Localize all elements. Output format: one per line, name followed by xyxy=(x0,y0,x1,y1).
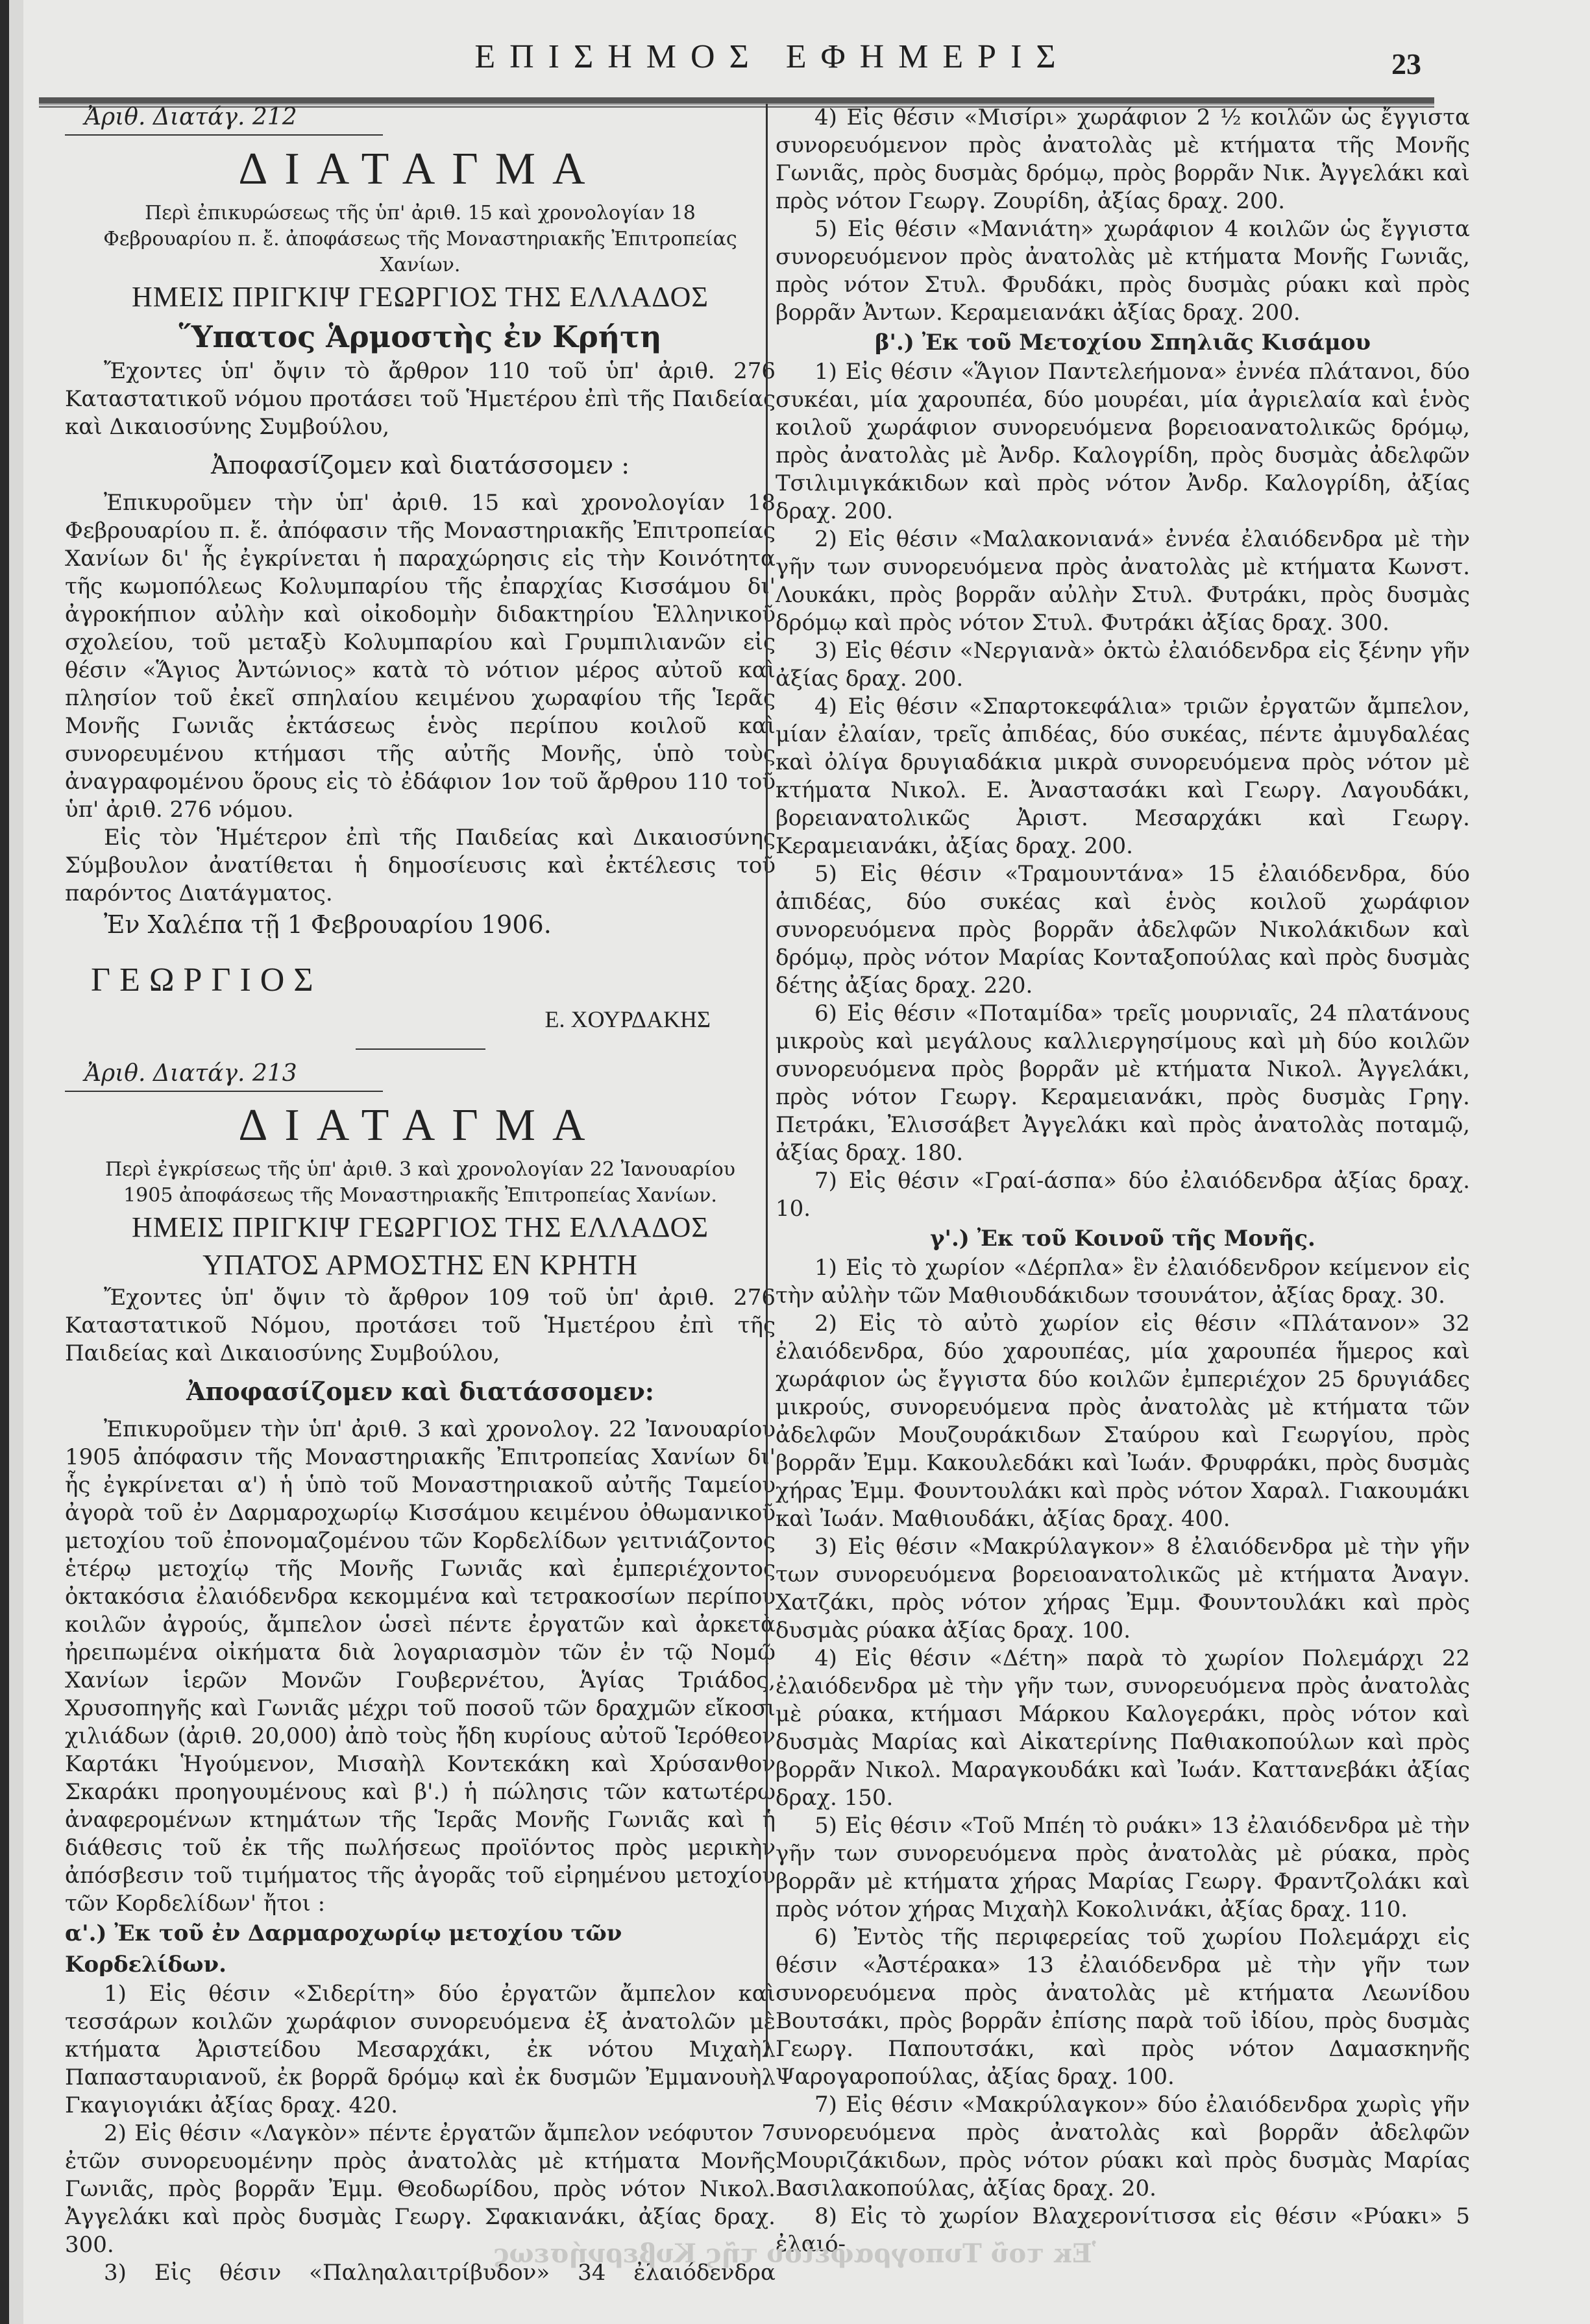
preamble: Ἔχοντες ὑπ' ὄψιν τὸ ἄρθρον 109 τοῦ ὑπ' ἀ… xyxy=(65,1284,776,1368)
decree-title: ΔΙΑΤΑΓΜΑ xyxy=(65,143,776,195)
decree-subject: Περὶ ἐπικυρώσεως τῆς ὑπ' ἀριθ. 15 καὶ χρ… xyxy=(65,200,776,278)
page-number: 23 xyxy=(1391,47,1421,81)
list-item: 6) Εἰς θέσιν «Ποταμίδα» τρεῖς μουρνιαῖς,… xyxy=(776,1000,1470,1167)
list-item: 4) Εἰς θέσιν «Σπαρτοκεφάλια» τριῶν ἐργατ… xyxy=(776,693,1470,860)
list-item: 2) Εἰς τὸ αὐτὸ χωρίον εἰς θέσιν «Πλάτανο… xyxy=(776,1310,1470,1533)
gazette-page: ΕΠΙΣΗΜΟΣ ΕΦΗΜΕΡΙΣ 23 Ἀριθ. Διατάγ. 212 Δ… xyxy=(39,0,1506,2324)
list-item: 5) Εἰς θέσιν «Μανιάτη» χωράφιον 4 κοιλῶν… xyxy=(776,215,1470,327)
signature: ΓΕΩΡΓΙΟΣ xyxy=(65,961,776,999)
decree-subject: Περὶ ἐγκρίσεως τῆς ὑπ' ἀριθ. 3 καὶ χρονο… xyxy=(65,1157,776,1209)
section-divider xyxy=(356,1048,485,1050)
decree-body: Ἐπικυροῦμεν τὴν ὑπ' ἀριθ. 3 καὶ χρονολογ… xyxy=(65,1416,776,1918)
list-item: 6) Ἐντὸς τῆς περιφερείας τοῦ χωρίου Πολε… xyxy=(776,1924,1470,2091)
list-item: 3) Εἰς θέσιν «Νεργιανὰ» ὀκτὼ ἐλαιόδενδρα… xyxy=(776,637,1470,693)
section-heading-b: β'.) Ἐκ τοῦ Μετοχίου Σπηλιᾶς Κισάμου xyxy=(776,327,1470,358)
list-item: 7) Εἰς θέσιν «Μακρύλαγκον» δύο ἐλαιόδενδ… xyxy=(776,2091,1470,2203)
section-heading-a: α'.) Ἐκ τοῦ ἐν Δαρμαροχωρίῳ μετοχίου τῶν… xyxy=(65,1918,776,1980)
decree-number-213: Ἀριθ. Διατάγ. 213 xyxy=(65,1054,383,1092)
list-item: 1) Εἰς θέσιν «Σιδερίτη» δύο ἐργατῶν ἄμπε… xyxy=(65,1980,776,2120)
list-item: 4) Εἰς θέσιν «Δέτη» παρὰ τὸ χωρίον Πολεμ… xyxy=(776,1645,1470,1812)
royal-title: Ὕπατος Ἁρμοστὴς ἐν Κρήτη xyxy=(65,316,776,357)
column-divider xyxy=(766,104,768,2057)
decree-body: Ἐπικυροῦμεν τὴν ὑπ' ἀριθ. 15 καὶ χρονολο… xyxy=(65,489,776,824)
list-item: 5) Εἰς θέσιν «Τοῦ Μπέη τὸ ρυάκι» 13 ἐλαι… xyxy=(776,1812,1470,1924)
resolve-clause: Ἀποφασίζομεν καὶ διατάσσομεν : xyxy=(65,446,776,484)
list-item: 4) Εἰς θέσιν «Μισίρι» χωράφιον 2 ½ κοιλῶ… xyxy=(776,104,1470,215)
list-item: 2) Εἰς θέσιν «Μαλακονιανά» ἐννέα ἐλαιόδε… xyxy=(776,526,1470,637)
page-header: ΕΠΙΣΗΜΟΣ ΕΦΗΜΕΡΙΣ 23 xyxy=(39,19,1506,97)
section-heading-c: γ'.) Ἐκ τοῦ Κοινοῦ τῆς Μονῆς. xyxy=(776,1223,1470,1254)
list-item: 7) Εἰς θέσιν «Γραί-άσπα» δύο ἐλαιόδενδρα… xyxy=(776,1167,1470,1223)
preamble: Ἔχοντες ὑπ' ὄψιν τὸ ἄρθρον 110 τοῦ ὑπ' ἀ… xyxy=(65,357,776,441)
masthead: ΕΠΙΣΗΜΟΣ ΕΦΗΜΕΡΙΣ xyxy=(39,38,1506,76)
left-column: Ἀριθ. Διατάγ. 212 ΔΙΑΤΑΓΜΑ Περὶ ἐπικυρώσ… xyxy=(65,97,776,2287)
place-date: Ἐν Χαλέπα τῇ 1 Φεβρουαρίου 1906. xyxy=(65,908,776,941)
list-item: 5) Εἰς θέσιν «Τραμουντάνα» 15 ἐλαιόδενδρ… xyxy=(776,860,1470,1000)
execution-clause: Εἰς τὸν Ἡμέτερον ἐπὶ τῆς Παιδείας καὶ Δι… xyxy=(65,824,776,908)
list-item: 1) Εἰς θέσιν «Ἅγιον Παντελεήμονα» ἐννέα … xyxy=(776,358,1470,526)
resolve-clause: Ἀποφασίζομεν καὶ διατάσσομεν: xyxy=(65,1373,776,1410)
list-item: 1) Εἰς τὸ χωρίον «Δέρπλα» ἓν ἐλαιόδενδρο… xyxy=(776,1254,1470,1310)
bleed-through-imprint: Ἐκ τοῦ Τυπογραφείου τῆς Κυβερνήσεως xyxy=(493,2238,1096,2269)
decree-title: ΔΙΑΤΑΓΜΑ xyxy=(65,1100,776,1152)
right-column: 4) Εἰς θέσιν «Μισίρι» χωράφιον 2 ½ κοιλῶ… xyxy=(776,104,1470,2258)
royal-proclamation: ΗΜΕΙΣ ΠΡΙΓΚΙΨ ΓΕΩΡΓΙΟΣ ΤΗΣ ΕΛΛΑΔΟΣ xyxy=(65,278,776,316)
scan-margin xyxy=(9,0,23,2324)
list-item: 3) Εἰς θέσιν «Μακρύλαγκον» 8 ἐλαιόδενδρα… xyxy=(776,1533,1470,1645)
cosignature: Ε. ΧΟΥΡΔΑΚΗΣ xyxy=(65,1006,776,1033)
royal-title: ΥΠΑΤΟΣ ΑΡΜΟΣΤΗΣ ΕΝ ΚΡΗΤΗ xyxy=(65,1246,776,1284)
scan-edge xyxy=(0,0,9,2324)
royal-proclamation: ΗΜΕΙΣ ΠΡΙΓΚΙΨ ΓΕΩΡΓΙΟΣ ΤΗΣ ΕΛΛΑΔΟΣ xyxy=(65,1209,776,1246)
decree-number-212: Ἀριθ. Διατάγ. 212 xyxy=(65,97,383,136)
